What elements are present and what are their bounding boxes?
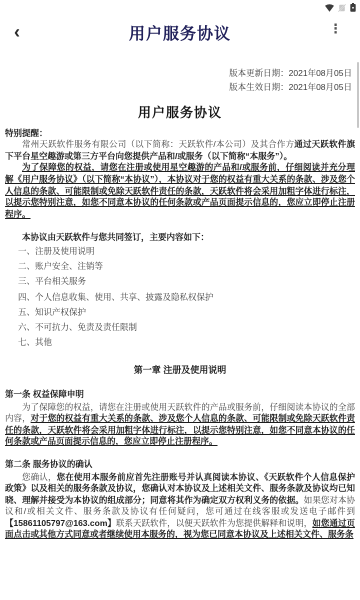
- article2-bold-text-1: 您在使用本服务前应首先注册账号并认真阅读本协议、《天跃软件个人信息保护政策》以及…: [5, 472, 355, 505]
- version-updated: 版本更新日期：2021年08月05日: [0, 67, 352, 81]
- toc-item-1: 一、注册及使用说明: [18, 244, 355, 259]
- header: ‹ 用户服务协议 ⋮: [0, 13, 360, 51]
- version-info: 版本更新日期：2021年08月05日 版本生效日期：2021年08月05日: [0, 67, 360, 94]
- toc-item-6: 六、不可抗力、免责及责任限制: [18, 320, 355, 335]
- summary-intro: 本协议由天跃软件与您共同签订，主要内容如下：: [5, 232, 355, 244]
- toc-item-4: 四、个人信息收集、使用、共享、披露及隐私权保护: [18, 290, 355, 305]
- article1-paragraph: 为了保障您的权益，请您在注册或使用天跃软件的产品或服务前，仔细阅读本协议的全部内…: [5, 402, 355, 448]
- article1-heading: 第一条 权益保障申明: [5, 389, 355, 401]
- no-sim-icon: [338, 4, 346, 12]
- article2-paragraph: 您确认，您在使用本服务前应首先注册账号并认真阅读本协议、《天跃软件个人信息保护政…: [5, 472, 355, 542]
- warning-paragraph: 为了保障您的权益，请您在注册或使用星空趣游的产品和/或服务前，仔细阅读并充分理解…: [5, 162, 355, 220]
- article1-bold-text: 对于您的权益有重大关系的条款、涉及您个人信息的条款、可能限制或免除天跃软件责任的…: [5, 413, 355, 446]
- toc-item-3: 三、平台相关服务: [18, 274, 355, 289]
- document-title: 用户服务协议: [5, 107, 355, 119]
- more-menu-button[interactable]: ⋮: [329, 21, 342, 37]
- notice-heading: 特别提醒：: [5, 128, 355, 140]
- status-bar: [0, 0, 360, 13]
- intro-text: 常州天跃软件服务有限公司（以下简称：天跃软件/本公司）及其合作方: [22, 139, 294, 149]
- article2-text-3: 联系天跃软件，以便天跃软件为您提供解释和说明，: [116, 518, 312, 528]
- intro-paragraph: 常州天跃软件服务有限公司（以下简称：天跃软件/本公司）及其合作方通过天跃软件旗下…: [5, 139, 355, 162]
- scrollbar-thumb[interactable]: [357, 62, 359, 128]
- version-effective: 版本生效日期：2021年08月05日: [0, 81, 352, 95]
- toc-item-5: 五、知识产权保护: [18, 305, 355, 320]
- warning-text: 为了保障您的权益，请您在注册或使用星空趣游的产品和/或服务前，仔细阅读并充分理解…: [5, 162, 355, 218]
- toc-list: 一、注册及使用说明 二、账户安全、注销等 三、平台相关服务 四、个人信息收集、使…: [5, 244, 355, 350]
- toc-item-2: 二、账户安全、注销等: [18, 259, 355, 274]
- contact-email: 【15861105797@163.com】: [5, 518, 116, 528]
- page-title: 用户服务协议: [0, 21, 360, 44]
- chapter-heading: 第一章 注册及使用说明: [5, 365, 355, 377]
- agreement-document: 用户服务协议 特别提醒： 常州天跃软件服务有限公司（以下简称：天跃软件/本公司）…: [0, 107, 360, 541]
- toc-item-7: 七、其他: [18, 335, 355, 350]
- back-button[interactable]: ‹: [14, 19, 20, 45]
- article2-heading: 第二条 服务协议的确认: [5, 459, 355, 471]
- battery-icon: [350, 3, 356, 12]
- article2-text-1: 您确认，: [22, 472, 57, 482]
- wifi-icon: [325, 4, 334, 12]
